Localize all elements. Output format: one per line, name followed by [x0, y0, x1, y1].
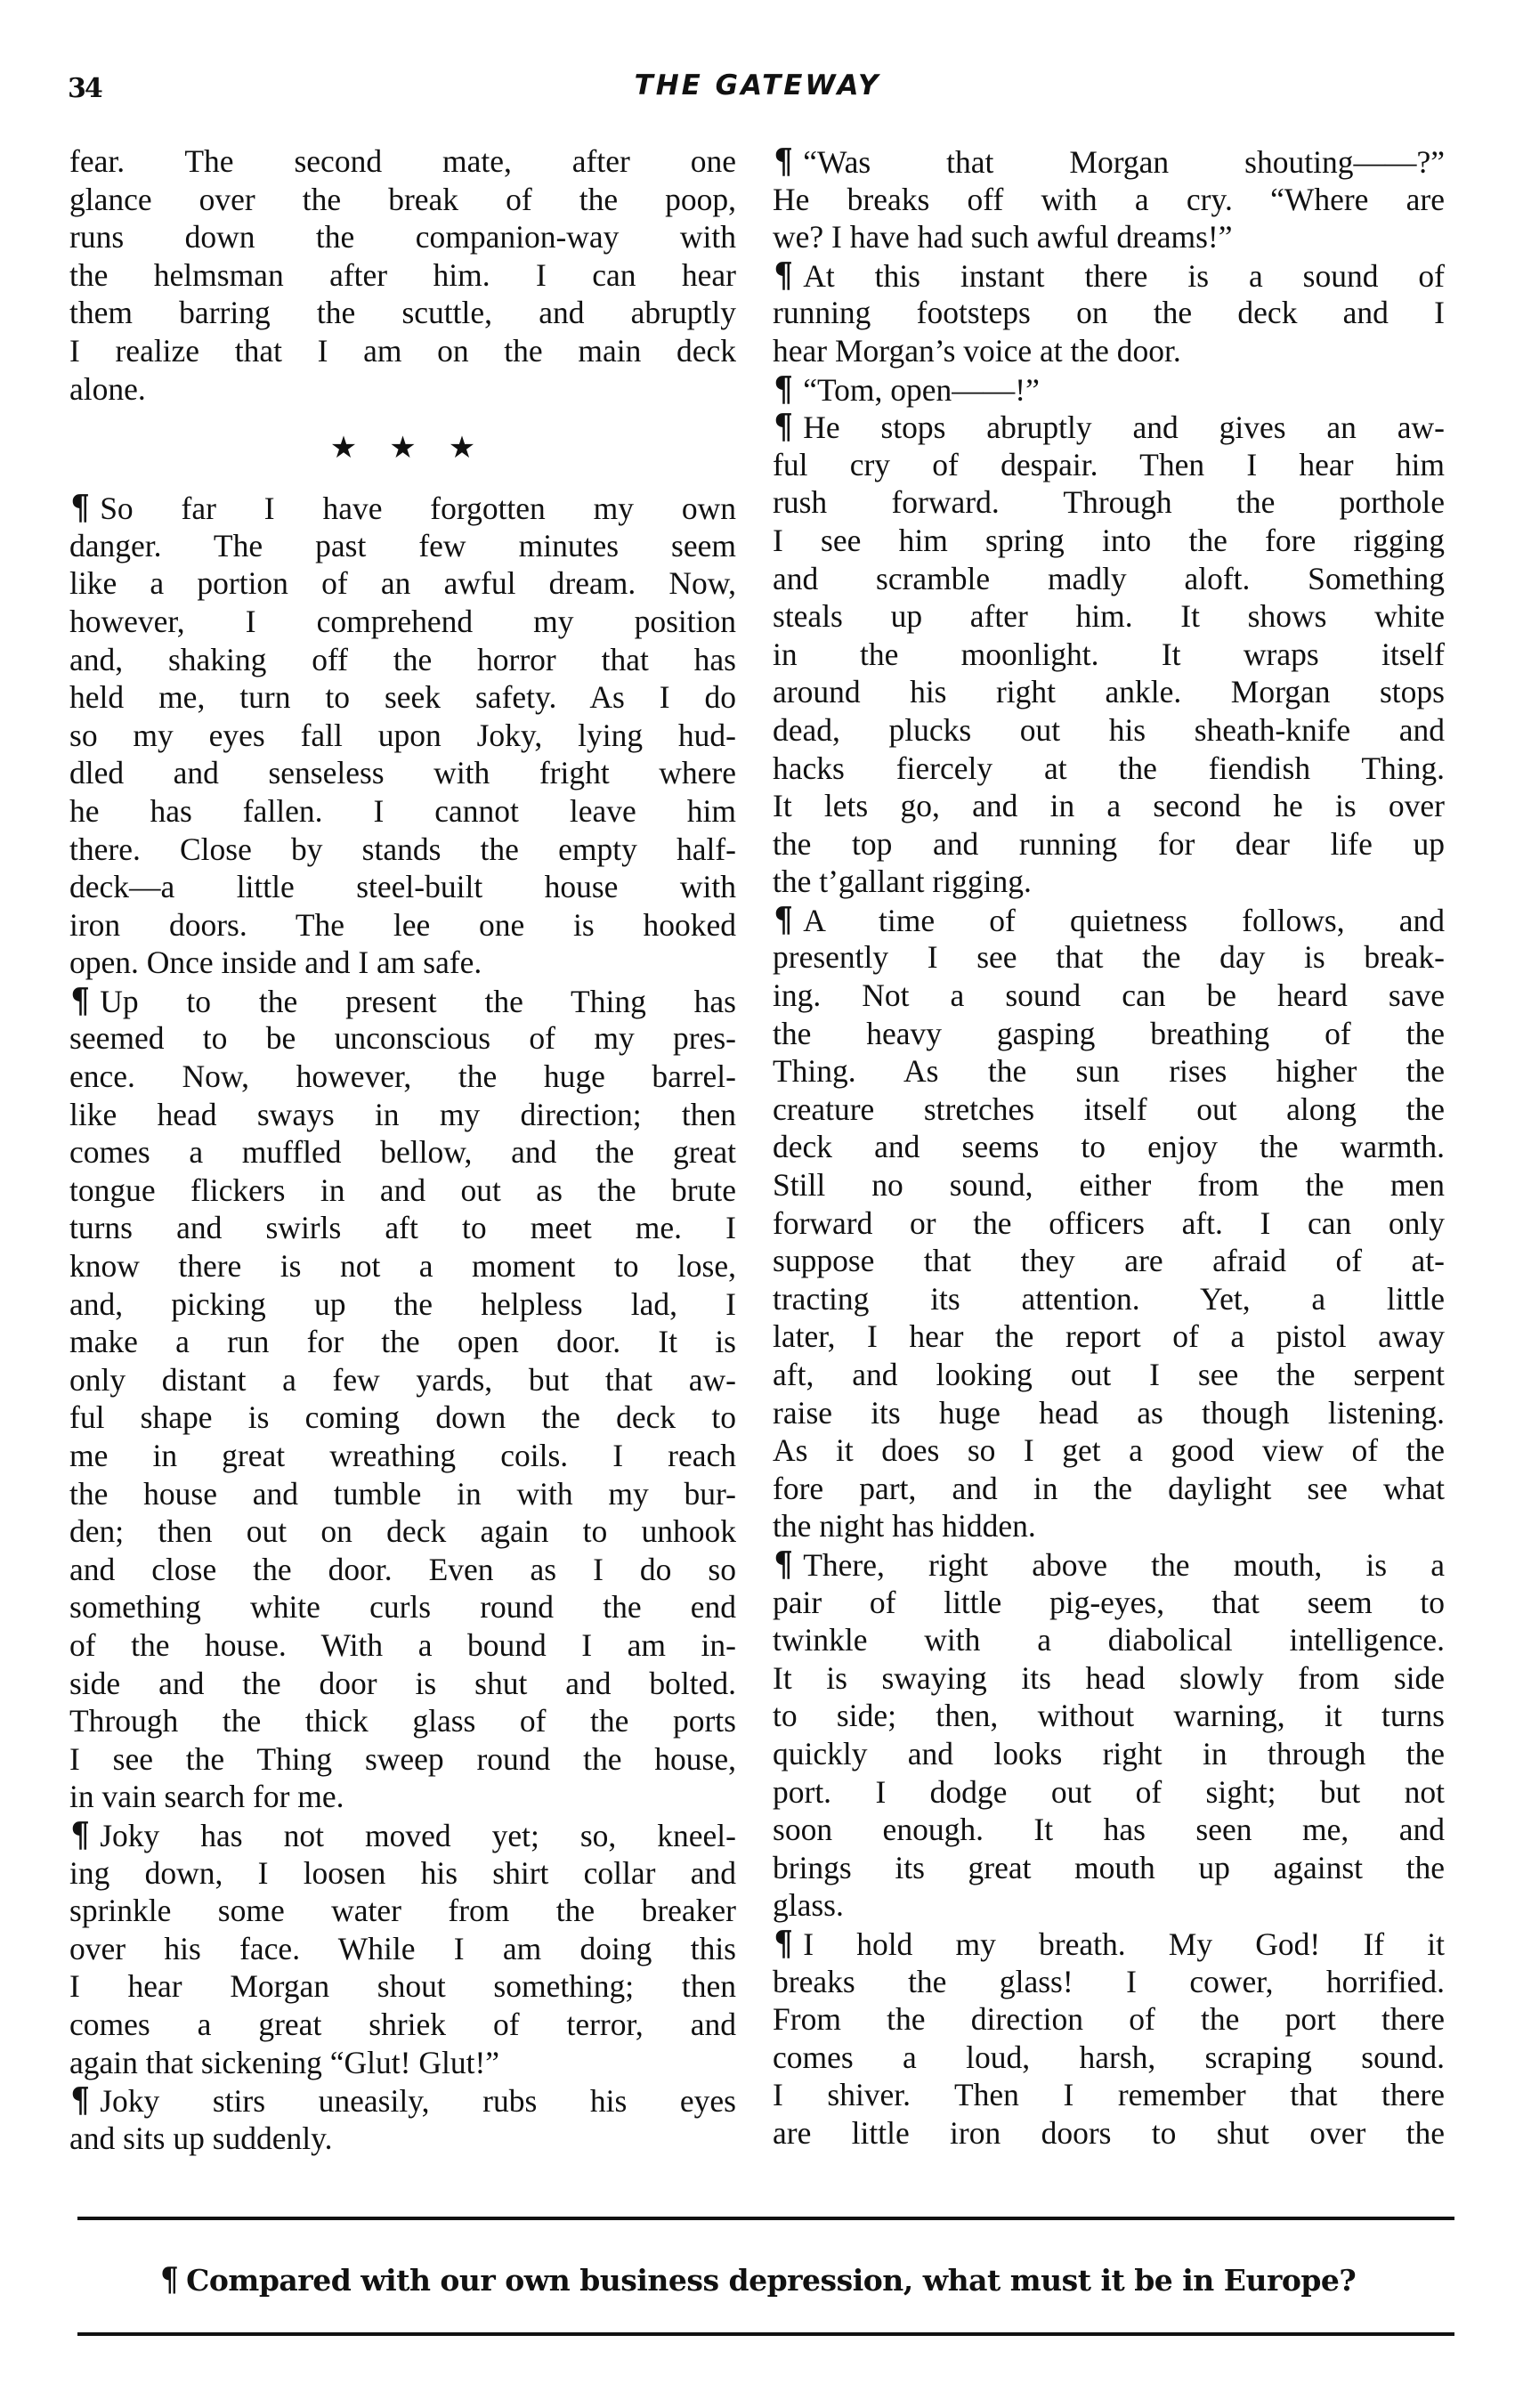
line-text: iron doors. The lee one is hooked: [69, 907, 736, 943]
text-line: creature stretches itself out along the: [773, 1090, 1445, 1129]
line-text: tracting its attention. Yet, a little: [773, 1281, 1445, 1317]
text-line: presently I see that the day is break-: [773, 938, 1445, 977]
text-line: soon enough. It has seen me, and: [773, 1811, 1445, 1849]
line-text: Joky has not moved yet; so, kneel-: [100, 1818, 736, 1853]
text-line: again that sickening “Glut! Glut!”: [69, 2044, 736, 2082]
line-text: creature stretches itself out along the: [773, 1091, 1445, 1127]
paragraph-mark-icon: ¶: [774, 901, 793, 939]
text-line: I shiver. Then I remember that there: [773, 2076, 1445, 2114]
line-text: later, I hear the report of a pistol awa…: [773, 1318, 1445, 1354]
paragraph-start-line: ¶There, right above the mouth, is a: [773, 1545, 1445, 1584]
line-text: danger. The past few minutes seem: [69, 528, 736, 563]
text-line: quickly and looks right in through the: [773, 1735, 1445, 1773]
line-text: I see the Thing sweep round the house,: [69, 1741, 736, 1777]
line-text: and sits up suddenly.: [69, 2120, 333, 2156]
line-text: raise its huge head as though listening.: [773, 1395, 1445, 1431]
text-line: rush forward. Through the porthole: [773, 483, 1445, 522]
text-line: Still no sound, either from the men: [773, 1166, 1445, 1204]
line-text: running footsteps on the deck and I: [773, 295, 1445, 330]
text-line: I hear Morgan shout something; then: [69, 1967, 736, 2006]
text-line: aft, and looking out I see the serpent: [773, 1356, 1445, 1394]
paragraph-mark-icon: ¶: [70, 982, 90, 1020]
text-line: around his right ankle. Morgan stops: [773, 673, 1445, 711]
paragraph-mark-icon: ¶: [160, 2261, 178, 2299]
line-text: soon enough. It has seen me, and: [773, 1812, 1445, 1847]
paragraph-start-line: ¶Joky has not moved yet; so, kneel-: [69, 1816, 736, 1854]
text-line: sprinkle some water from the breaker: [69, 1892, 736, 1930]
paragraph-start-line: ¶I hold my breath. My God! If it: [773, 1925, 1445, 1963]
left-column: fear. The second mate, after oneglance o…: [69, 142, 736, 2157]
footer-rule-top: [77, 2217, 1454, 2220]
text-line: comes a loud, harsh, scraping sound.: [773, 2039, 1445, 2077]
text-line: held me, turn to seek safety. As I do: [69, 678, 736, 717]
line-text: ful cry of despair. Then I hear him: [773, 447, 1445, 482]
line-text: He breaks off with a cry. “Where are: [773, 182, 1445, 217]
line-text: and close the door. Even as I do so: [69, 1552, 736, 1587]
text-line: brings its great mouth up against the: [773, 1849, 1445, 1887]
text-line: he has fallen. I cannot leave him: [69, 792, 736, 831]
line-text: Through the thick glass of the ports: [69, 1703, 736, 1739]
line-text: “Tom, open——!”: [803, 372, 1040, 408]
line-text: steals up after him. It shows white: [773, 598, 1445, 634]
text-line: so my eyes fall upon Joky, lying hud-: [69, 717, 736, 755]
text-line: the top and running for dear life up: [773, 825, 1445, 863]
text-line: forward or the officers aft. I can only: [773, 1204, 1445, 1243]
text-line: fore part, and in the daylight see what: [773, 1470, 1445, 1508]
text-line: glass.: [773, 1886, 1445, 1925]
line-text: hear Morgan’s voice at the door.: [773, 333, 1181, 369]
line-text: held me, turn to seek safety. As I do: [69, 679, 736, 715]
line-text: like a portion of an awful dream. Now,: [69, 565, 736, 601]
line-text: sprinkle some water from the breaker: [69, 1893, 736, 1928]
line-text: deck—a little steel-built house with: [69, 869, 736, 904]
line-text: twinkle with a diabolical intelligence.: [773, 1622, 1445, 1658]
line-text: again that sickening “Glut! Glut!”: [69, 2045, 499, 2080]
line-text: fear. The second mate, after one: [69, 143, 736, 179]
line-text: It is swaying its head slowly from side: [773, 1660, 1445, 1696]
paragraph-mark-icon: ¶: [774, 1925, 793, 1963]
line-text: comes a great shriek of terror, and: [69, 2007, 736, 2042]
text-line: we? I have had such awful dreams!”: [773, 218, 1445, 256]
paragraph-mark-icon: ¶: [774, 370, 793, 409]
line-text: comes a muffled bellow, and the great: [69, 1134, 736, 1170]
line-text: only distant a few yards, but that aw-: [69, 1362, 736, 1398]
line-text: pair of little pig-eyes, that seem to: [773, 1585, 1445, 1620]
paragraph-start-line: ¶At this instant there is a sound of: [773, 256, 1445, 295]
text-line: I realize that I am on the main deck: [69, 332, 736, 370]
running-title: THE GATEWAY: [0, 69, 1515, 101]
line-text: It lets go, and in a second he is over: [773, 788, 1445, 823]
text-line: fear. The second mate, after one: [69, 142, 736, 181]
line-text: side and the door is shut and bolted.: [69, 1666, 736, 1701]
text-line: danger. The past few minutes seem: [69, 527, 736, 565]
text-line: twinkle with a diabolical intelligence.: [773, 1621, 1445, 1659]
line-text: the t’gallant rigging.: [773, 863, 1032, 899]
text-line: turns and swirls aft to meet me. I: [69, 1209, 736, 1247]
text-line: suppose that they are afraid of at-: [773, 1242, 1445, 1280]
line-text: glance over the break of the poop,: [69, 182, 736, 217]
text-line: runs down the companion-way with: [69, 218, 736, 256]
text-line: seemed to be unconscious of my pres-: [69, 1019, 736, 1058]
line-text: and scramble madly aloft. Something: [773, 561, 1445, 596]
line-text: around his right ankle. Morgan stops: [773, 674, 1445, 709]
line-text: There, right above the mouth, is a: [803, 1547, 1445, 1583]
line-text: and, picking up the helpless lad, I: [69, 1286, 736, 1322]
line-text: in the moonlight. It wraps itself: [773, 636, 1445, 672]
text-line: and, picking up the helpless lad, I: [69, 1285, 736, 1324]
text-line: running footsteps on the deck and I: [773, 294, 1445, 332]
line-text: however, I comprehend my position: [69, 604, 736, 639]
text-line: Through the thick glass of the ports: [69, 1702, 736, 1740]
text-line: comes a great shriek of terror, and: [69, 2006, 736, 2044]
right-column: ¶“Was that Morgan shouting——?”He breaks …: [773, 142, 1445, 2152]
text-line: Thing. As the sun rises higher the: [773, 1052, 1445, 1090]
text-line: comes a muffled bellow, and the great: [69, 1133, 736, 1172]
line-text: something white curls round the end: [69, 1589, 736, 1625]
paragraph-mark-icon: ¶: [774, 142, 793, 181]
left-column-after-break: ¶So far I have forgotten my owndanger. T…: [69, 489, 736, 2157]
text-line: however, I comprehend my position: [69, 603, 736, 641]
text-line: and sits up suddenly.: [69, 2120, 736, 2158]
text-line: something white curls round the end: [69, 1588, 736, 1626]
text-line: It lets go, and in a second he is over: [773, 787, 1445, 825]
text-line: later, I hear the report of a pistol awa…: [773, 1318, 1445, 1356]
line-text: runs down the companion-way with: [69, 219, 736, 255]
line-text: presently I see that the day is break-: [773, 939, 1445, 975]
line-text: ing down, I loosen his shirt collar and: [69, 1855, 736, 1891]
line-text: make a run for the open door. It is: [69, 1324, 736, 1359]
text-line: iron doors. The lee one is hooked: [69, 906, 736, 945]
line-text: aft, and looking out I see the serpent: [773, 1357, 1445, 1392]
text-line: them barring the scuttle, and abruptly: [69, 294, 736, 332]
line-text: I realize that I am on the main deck: [69, 333, 736, 369]
footer-rule-bottom: [77, 2332, 1454, 2336]
line-text: the top and running for dear life up: [773, 826, 1445, 862]
line-text: comes a loud, harsh, scraping sound.: [773, 2039, 1445, 2075]
paragraph-start-line: ¶A time of quietness follows, and: [773, 901, 1445, 939]
section-break-stars: ★★★: [69, 412, 736, 483]
line-text: Still no sound, either from the men: [773, 1167, 1445, 1203]
paragraph-start-line: ¶He stops abruptly and gives an aw-: [773, 408, 1445, 446]
paragraph-mark-icon: ¶: [70, 489, 90, 527]
text-line: ful cry of despair. Then I hear him: [773, 446, 1445, 484]
text-line: like a portion of an awful dream. Now,: [69, 564, 736, 603]
text-line: I see the Thing sweep round the house,: [69, 1740, 736, 1779]
line-text: brings its great mouth up against the: [773, 1850, 1445, 1885]
line-text: me in great wreathing coils. I reach: [69, 1438, 736, 1473]
line-text: the house and tumble in with my bur-: [69, 1476, 736, 1512]
line-text: dled and senseless with fright where: [69, 755, 736, 791]
line-text: are little iron doors to shut over the: [773, 2115, 1445, 2151]
line-text: ing. Not a sound can be heard save: [773, 977, 1445, 1013]
line-text: like head sways in my direction; then: [69, 1097, 736, 1132]
text-line: in the moonlight. It wraps itself: [773, 636, 1445, 674]
text-line: of the house. With a bound I am in-: [69, 1626, 736, 1665]
text-line: pair of little pig-eyes, that seem to: [773, 1584, 1445, 1622]
paragraph-mark-icon: ¶: [774, 1545, 793, 1584]
paragraph-mark-icon: ¶: [774, 408, 793, 446]
text-line: and close the door. Even as I do so: [69, 1551, 736, 1589]
line-text: to side; then, without warning, it turns: [773, 1698, 1445, 1733]
line-text: dead, plucks out his sheath-knife and: [773, 712, 1445, 748]
text-line: ing down, I loosen his shirt collar and: [69, 1854, 736, 1893]
footer-note: ¶Compared with our own business depressi…: [0, 2261, 1515, 2299]
paragraph-start-line: ¶Joky stirs uneasily, rubs his eyes: [69, 2081, 736, 2120]
text-line: there. Close by stands the empty half-: [69, 831, 736, 869]
line-text: open. Once inside and I am safe.: [69, 945, 482, 980]
text-line: are little iron doors to shut over the: [773, 2114, 1445, 2153]
paragraph-start-line: ¶“Was that Morgan shouting——?”: [773, 142, 1445, 181]
text-line: like head sways in my direction; then: [69, 1096, 736, 1134]
paragraph-mark-icon: ¶: [774, 256, 793, 295]
line-text: quickly and looks right in through the: [773, 1736, 1445, 1772]
line-text: and, shaking off the horror that has: [69, 642, 736, 677]
line-text: seemed to be unconscious of my pres-: [69, 1020, 736, 1056]
text-line: side and the door is shut and bolted.: [69, 1665, 736, 1703]
line-text: he has fallen. I cannot leave him: [69, 793, 736, 829]
line-text: ence. Now, however, the huge barrel-: [69, 1058, 736, 1094]
line-text: Thing. As the sun rises higher the: [773, 1053, 1445, 1089]
line-text: so my eyes fall upon Joky, lying hud-: [69, 718, 736, 753]
line-text: A time of quietness follows, and: [803, 903, 1445, 938]
text-line: It is swaying its head slowly from side: [773, 1659, 1445, 1698]
text-line: breaks the glass! I cower, horrified.: [773, 1963, 1445, 2001]
line-text: turns and swirls aft to meet me. I: [69, 1210, 736, 1245]
text-line: the t’gallant rigging.: [773, 863, 1445, 901]
text-line: hear Morgan’s voice at the door.: [773, 332, 1445, 370]
line-text: At this instant there is a sound of: [803, 258, 1445, 294]
line-text: I hear Morgan shout something; then: [69, 1968, 736, 2004]
line-text: fore part, and in the daylight see what: [773, 1471, 1445, 1506]
line-text: the heavy gasping breathing of the: [773, 1016, 1445, 1051]
text-line: den; then out on deck again to unhook: [69, 1512, 736, 1551]
line-text: “Was that Morgan shouting——?”: [803, 144, 1445, 180]
line-text: of the house. With a bound I am in-: [69, 1627, 736, 1663]
footer-note-text: Compared with our own business depressio…: [186, 2263, 1356, 2298]
text-line: deck—a little steel-built house with: [69, 868, 736, 906]
paragraph-mark-icon: ¶: [70, 2081, 90, 2120]
line-text: glass.: [773, 1887, 844, 1923]
line-text: the helmsman after him. I can hear: [69, 257, 736, 293]
text-line: open. Once inside and I am safe.: [69, 944, 736, 982]
text-line: alone.: [69, 370, 736, 409]
text-line: the house and tumble in with my bur-: [69, 1475, 736, 1513]
line-text: I hold my breath. My God! If it: [803, 1926, 1445, 1962]
text-line: tongue flickers in and out as the brute: [69, 1172, 736, 1210]
text-line: dled and senseless with fright where: [69, 754, 736, 792]
line-text: over his face. While I am doing this: [69, 1931, 736, 1966]
text-line: the helmsman after him. I can hear: [69, 256, 736, 295]
text-line: steals up after him. It shows white: [773, 597, 1445, 636]
text-line: raise its huge head as though listening.: [773, 1394, 1445, 1432]
left-column-before-break: fear. The second mate, after oneglance o…: [69, 142, 736, 408]
paragraph-mark-icon: ¶: [70, 1816, 90, 1854]
line-text: I see him spring into the fore rigging: [773, 523, 1445, 558]
text-line: the night has hidden.: [773, 1507, 1445, 1545]
text-line: I see him spring into the fore rigging: [773, 522, 1445, 560]
text-line: in vain search for me.: [69, 1778, 736, 1816]
paragraph-start-line: ¶“Tom, open——!”: [773, 370, 1445, 409]
line-text: deck and seems to enjoy the warmth.: [773, 1129, 1445, 1164]
line-text: So far I have forgotten my own: [100, 491, 736, 526]
line-text: Joky stirs uneasily, rubs his eyes: [100, 2083, 736, 2119]
text-line: glance over the break of the poop,: [69, 181, 736, 219]
line-text: tongue flickers in and out as the brute: [69, 1172, 736, 1208]
line-text: From the direction of the port there: [773, 2001, 1445, 2037]
line-text: port. I dodge out of sight; but not: [773, 1774, 1445, 1810]
text-line: He breaks off with a cry. “Where are: [773, 181, 1445, 219]
line-text: rush forward. Through the porthole: [773, 484, 1445, 520]
paragraph-start-line: ¶Up to the present the Thing has: [69, 982, 736, 1020]
line-text: them barring the scuttle, and abruptly: [69, 295, 736, 330]
text-line: to side; then, without warning, it turns: [773, 1697, 1445, 1735]
line-text: hacks fiercely at the fiendish Thing.: [773, 750, 1445, 786]
text-line: know there is not a moment to lose,: [69, 1247, 736, 1285]
text-line: dead, plucks out his sheath-knife and: [773, 711, 1445, 750]
text-line: hacks fiercely at the fiendish Thing.: [773, 750, 1445, 788]
line-text: in vain search for me.: [69, 1779, 344, 1814]
line-text: As it does so I get a good view of the: [773, 1432, 1445, 1468]
text-line: As it does so I get a good view of the: [773, 1431, 1445, 1470]
text-line: me in great wreathing coils. I reach: [69, 1437, 736, 1475]
line-text: ful shape is coming down the deck to: [69, 1399, 736, 1435]
text-line: From the direction of the port there: [773, 2000, 1445, 2039]
text-line: only distant a few yards, but that aw-: [69, 1361, 736, 1399]
line-text: suppose that they are afraid of at-: [773, 1243, 1445, 1278]
text-line: port. I dodge out of sight; but not: [773, 1773, 1445, 1812]
text-line: ence. Now, however, the huge barrel-: [69, 1058, 736, 1096]
text-line: the heavy gasping breathing of the: [773, 1015, 1445, 1053]
line-text: we? I have had such awful dreams!”: [773, 219, 1232, 255]
line-text: He stops abruptly and gives an aw-: [803, 409, 1445, 445]
line-text: the night has hidden.: [773, 1508, 1036, 1544]
line-text: breaks the glass! I cower, horrified.: [773, 1964, 1445, 1999]
line-text: I shiver. Then I remember that there: [773, 2077, 1445, 2112]
line-text: den; then out on deck again to unhook: [69, 1513, 736, 1549]
text-line: ing. Not a sound can be heard save: [773, 977, 1445, 1015]
text-line: ful shape is coming down the deck to: [69, 1399, 736, 1437]
line-text: Up to the present the Thing has: [100, 984, 736, 1019]
text-line: and scramble madly aloft. Something: [773, 560, 1445, 598]
line-text: there. Close by stands the empty half-: [69, 831, 736, 867]
text-line: make a run for the open door. It is: [69, 1323, 736, 1361]
line-text: alone.: [69, 371, 146, 407]
text-line: tracting its attention. Yet, a little: [773, 1280, 1445, 1318]
text-line: and, shaking off the horror that has: [69, 641, 736, 679]
text-line: over his face. While I am doing this: [69, 1930, 736, 1968]
line-text: forward or the officers aft. I can only: [773, 1205, 1445, 1241]
line-text: know there is not a moment to lose,: [69, 1248, 736, 1284]
text-line: deck and seems to enjoy the warmth.: [773, 1128, 1445, 1166]
paragraph-start-line: ¶So far I have forgotten my own: [69, 489, 736, 527]
